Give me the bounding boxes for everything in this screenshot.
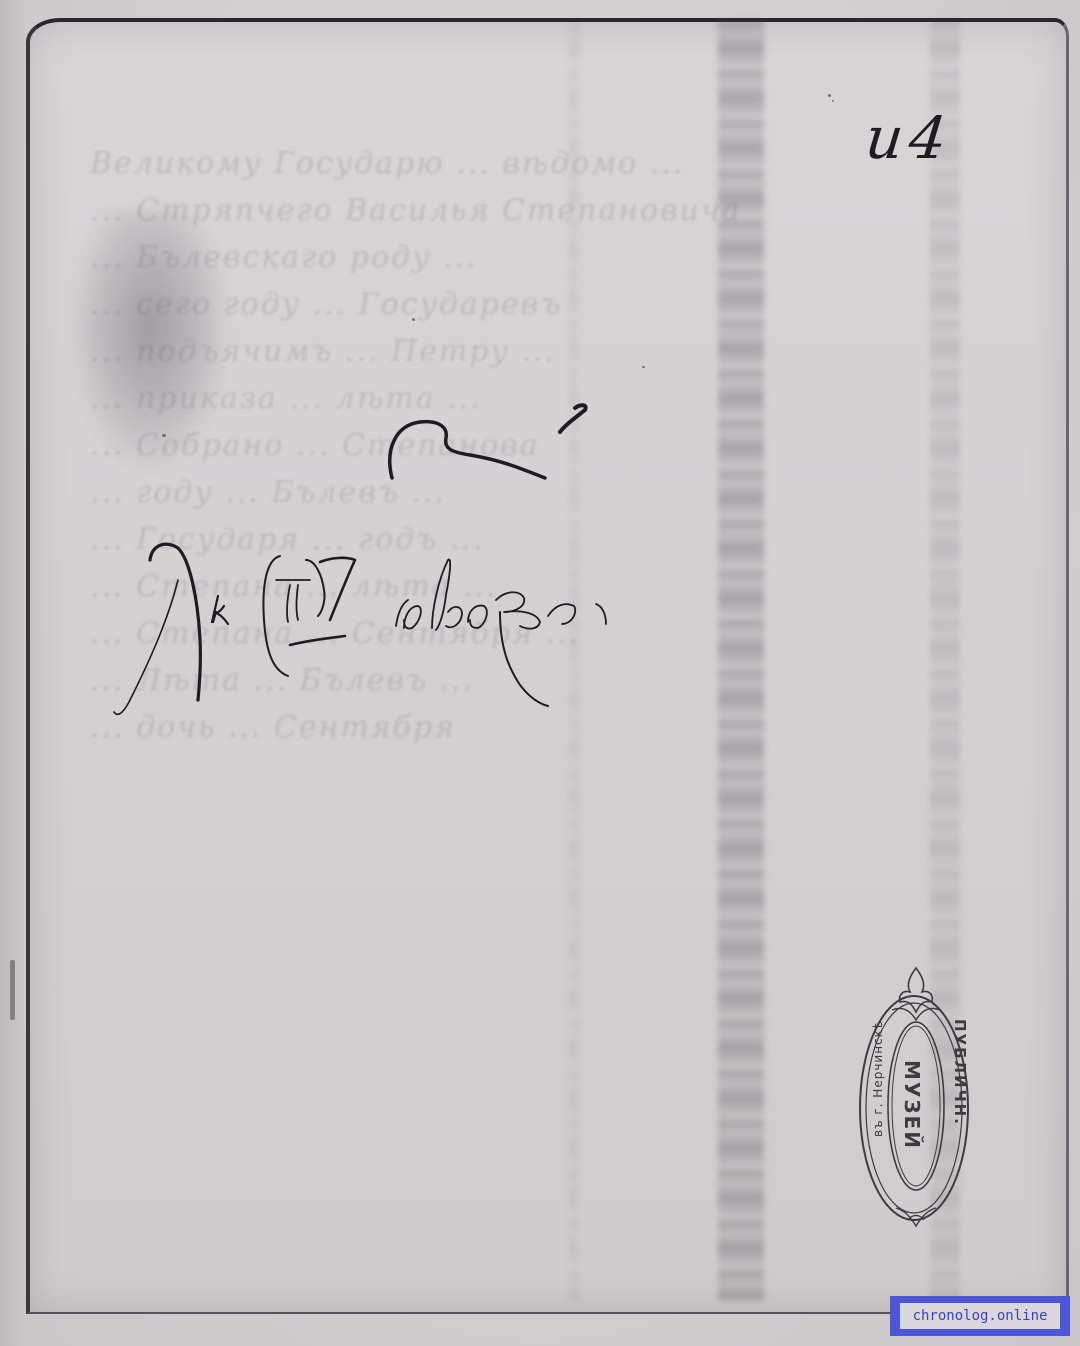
flourish-stroke	[390, 422, 545, 478]
binding-mark	[10, 960, 15, 1020]
stamp-center-text: МУЗЕЙ	[900, 1060, 924, 1120]
speck	[162, 434, 166, 437]
speck	[828, 94, 831, 97]
watermark-badge[interactable]: chronolog.online	[890, 1296, 1070, 1336]
stamp-outer-right-text: ПУБЛИЧН.	[951, 1019, 969, 1139]
superscript-mark	[560, 405, 586, 432]
speck	[412, 318, 415, 321]
stamp-outer-left-text: въ г. Нерчинскѣ	[871, 1017, 885, 1137]
speck	[642, 366, 645, 368]
speck	[832, 100, 834, 102]
museum-stamp: МУЗЕЙ ПУБЛИЧН. въ г. Нерчинскѣ	[852, 958, 974, 1228]
watermark-text[interactable]: chronolog.online	[900, 1303, 1060, 1329]
